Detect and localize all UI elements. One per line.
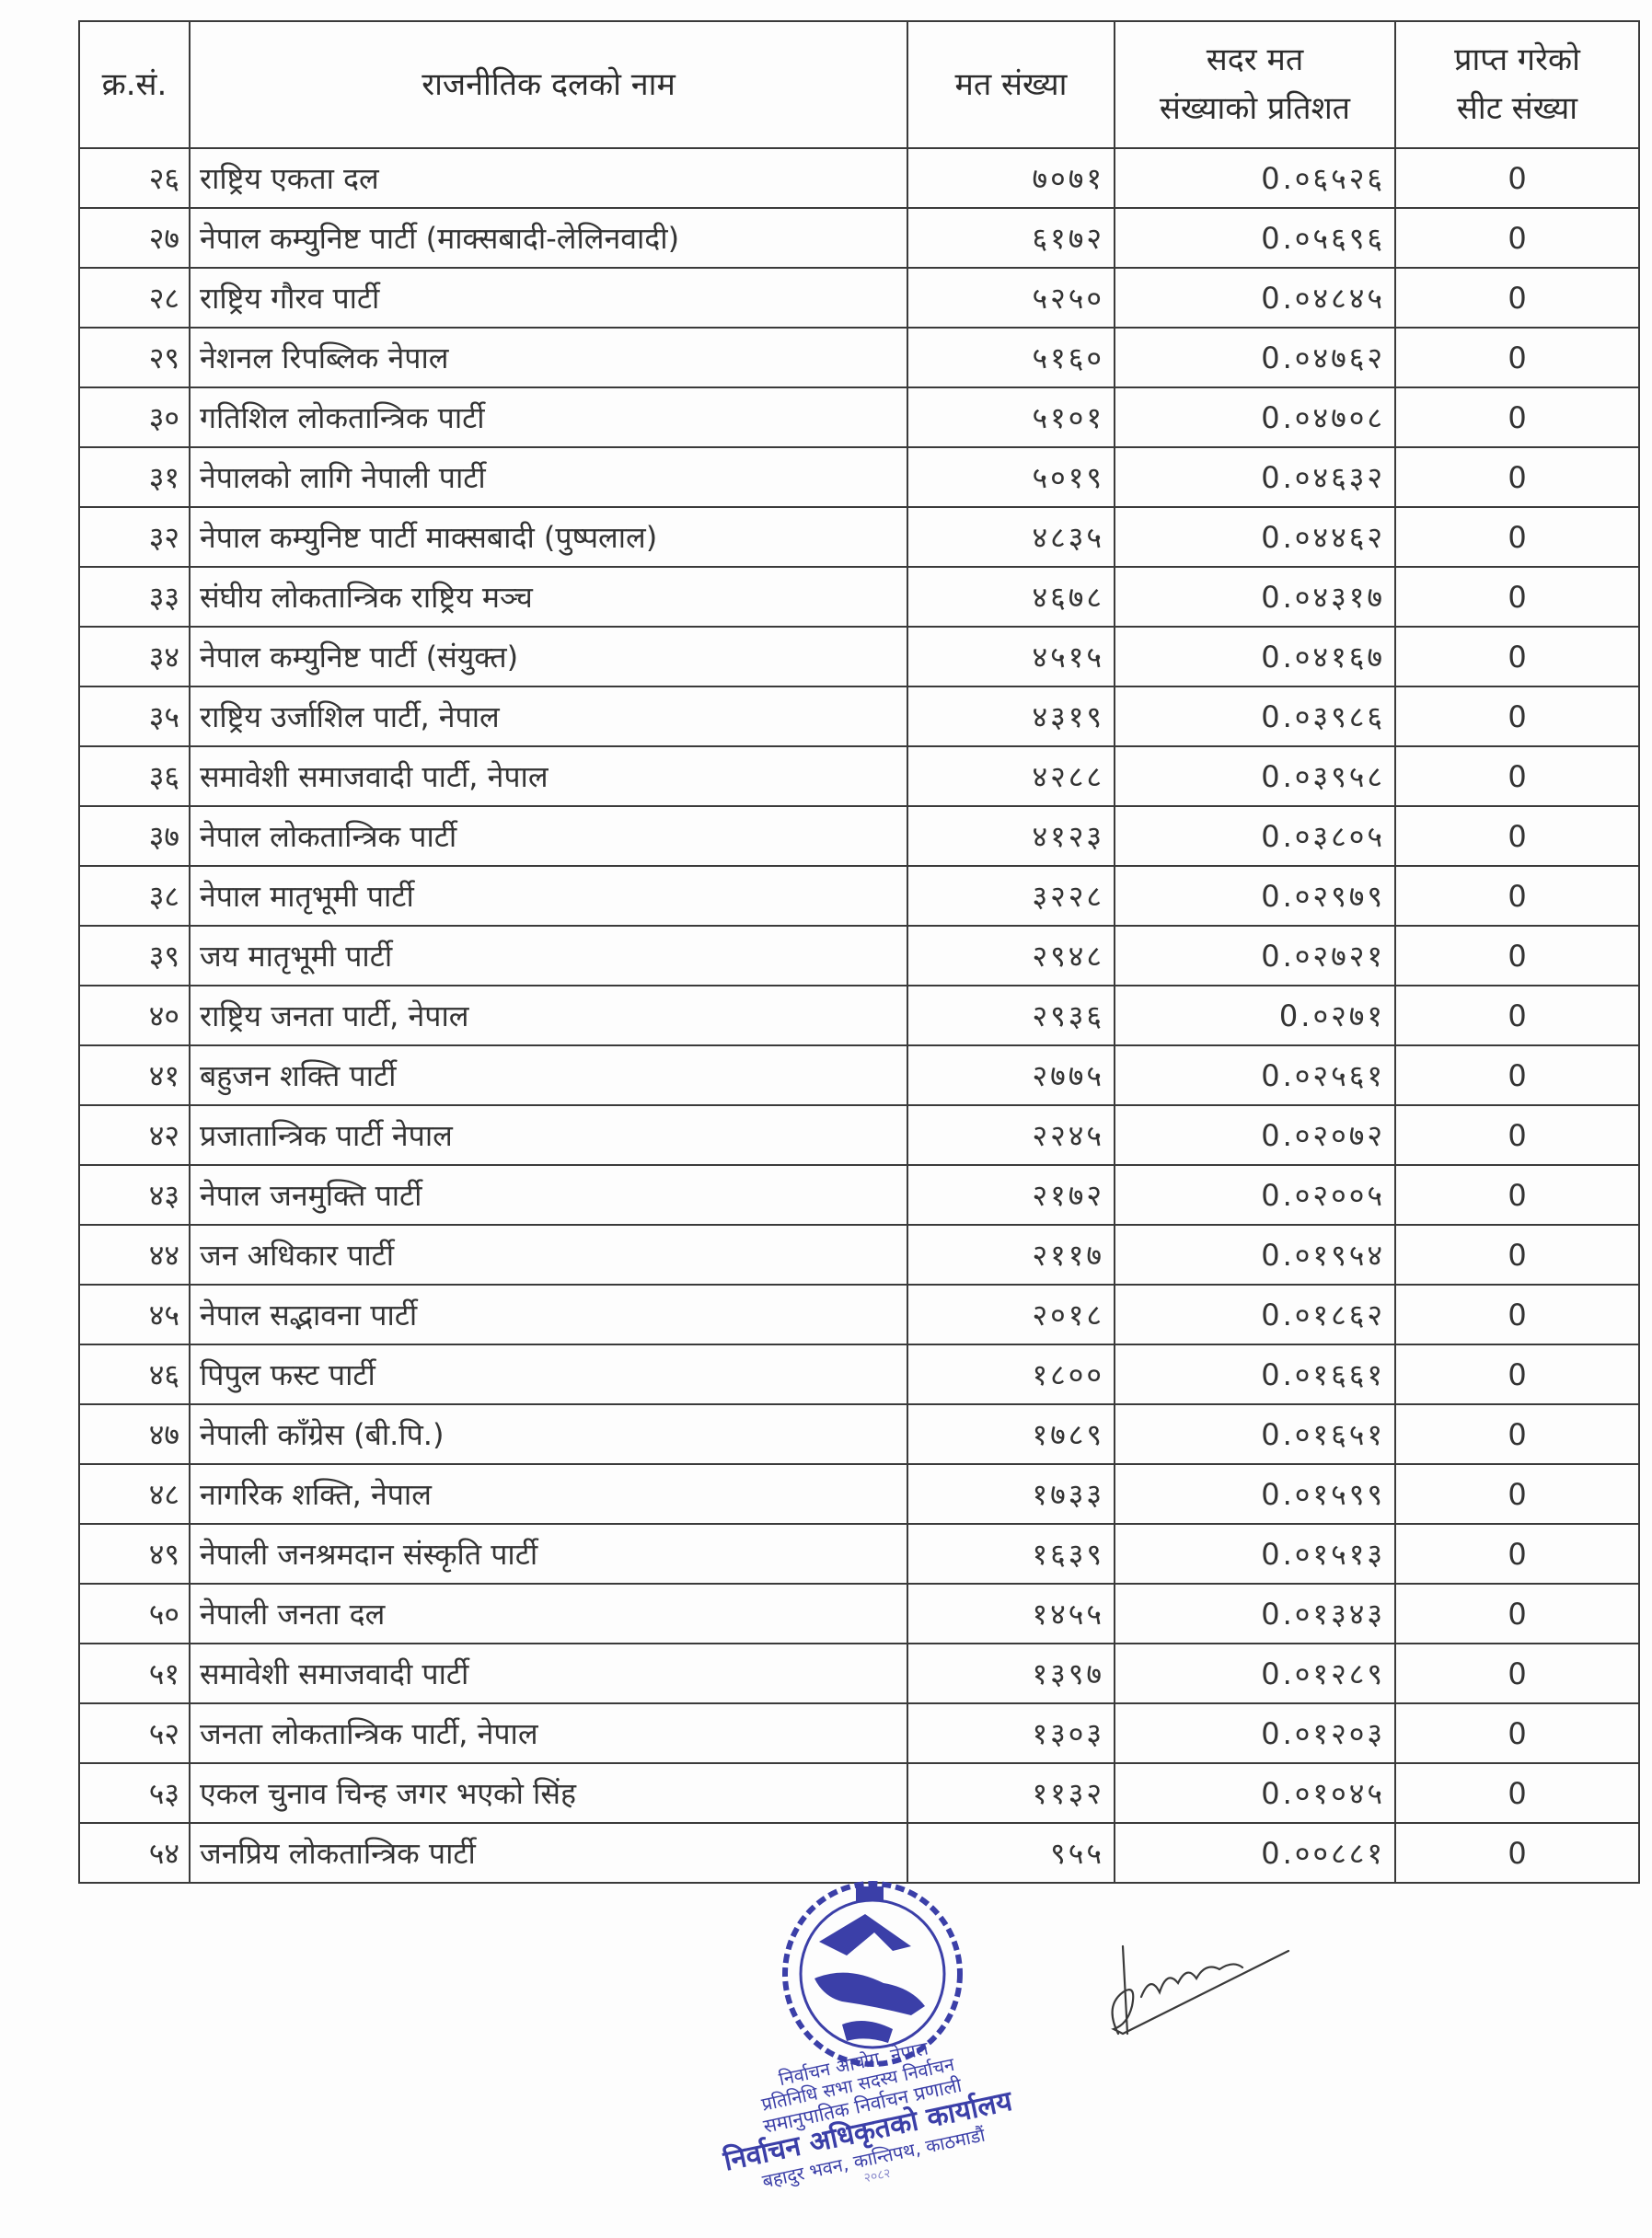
serial-number: ३८ [79,866,190,926]
vote-count: २२४५ [907,1105,1115,1165]
seats-won: 0 [1395,148,1639,208]
serial-number: ३७ [79,806,190,866]
header-serial: क्र.सं. [79,21,190,148]
vote-percent: 0.०४४६२ [1115,507,1395,567]
vote-percent: 0.०२५६१ [1115,1045,1395,1105]
table-row: ४९नेपाली जनश्रमदान संस्कृति पार्टी१६३९0.… [79,1524,1639,1584]
seats-won: 0 [1395,1105,1639,1165]
seats-won: 0 [1395,1404,1639,1464]
table-row: ३८नेपाल मातृभूमी पार्टी३२२८0.०२९७९0 [79,866,1639,926]
table-row: ४१बहुजन शक्ति पार्टी२७७५0.०२५६१0 [79,1045,1639,1105]
header-seats-line2: सीट संख्या [1405,85,1629,133]
table-row: ३२नेपाल कम्युनिष्ट पार्टी माक्सबादी (पुष… [79,507,1639,567]
party-name: राष्ट्रिय उर्जाशिल पार्टी, नेपाल [190,686,907,746]
table-row: २६राष्ट्रिय एकता दल७०७१0.०६५२६0 [79,148,1639,208]
party-name: जनता लोकतान्त्रिक पार्टी, नेपाल [190,1703,907,1763]
party-name: जनप्रिय लोकतान्त्रिक पार्टी [190,1823,907,1883]
party-name: राष्ट्रिय जनता पार्टी, नेपाल [190,986,907,1045]
table-row: ५३एकल चुनाव चिन्ह जगर भएको सिंह११३२0.०१०… [79,1763,1639,1823]
serial-number: ३१ [79,447,190,507]
vote-percent: 0.०४३१७ [1115,567,1395,627]
vote-count: ५१६० [907,328,1115,387]
vote-percent: 0.००८८१ [1115,1823,1395,1883]
seats-won: 0 [1395,1464,1639,1524]
seats-won: 0 [1395,507,1639,567]
table-row: ४२प्रजातान्त्रिक पार्टी नेपाल२२४५0.०२०७२… [79,1105,1639,1165]
vote-percent: 0.०१३४३ [1115,1584,1395,1644]
vote-count: २११७ [907,1225,1115,1285]
vote-percent: 0.०४८४५ [1115,268,1395,328]
party-name: पिपुल फस्ट पार्टी [190,1344,907,1404]
vote-count: ५०१९ [907,447,1115,507]
serial-number: ५३ [79,1763,190,1823]
vote-count: ५२५० [907,268,1115,328]
serial-number: ४० [79,986,190,1045]
serial-number: ५१ [79,1644,190,1703]
vote-percent: 0.०१८६२ [1115,1285,1395,1344]
table-row: ३७नेपाल लोकतान्त्रिक पार्टी४१२३0.०३८०५0 [79,806,1639,866]
party-results-table: क्र.सं. राजनीतिक दलको नाम मत संख्या सदर … [78,20,1640,1884]
seats-won: 0 [1395,1344,1639,1404]
serial-number: ३० [79,387,190,447]
serial-number: ५० [79,1584,190,1644]
vote-count: ६१७२ [907,208,1115,268]
party-name: नेपाल सद्भावना पार्टी [190,1285,907,1344]
party-name: नेपाल कम्युनिष्ट पार्टी (संयुक्त) [190,627,907,686]
party-name: नेपाल मातृभूमी पार्टी [190,866,907,926]
vote-count: १७३३ [907,1464,1115,1524]
handwritten-signature-icon [1095,1942,1298,2043]
serial-number: ४३ [79,1165,190,1225]
table-row: ४४जन अधिकार पार्टी२११७0.०१९५४0 [79,1225,1639,1285]
party-name: नेपाली जनता दल [190,1584,907,1644]
serial-number: ३४ [79,627,190,686]
vote-count: २९३६ [907,986,1115,1045]
seats-won: 0 [1395,866,1639,926]
table-row: ५४जनप्रिय लोकतान्त्रिक पार्टी९५५0.००८८१0 [79,1823,1639,1883]
seats-won: 0 [1395,567,1639,627]
vote-percent: 0.०२७२१ [1115,926,1395,986]
serial-number: ५२ [79,1703,190,1763]
vote-percent: 0.०३९५८ [1115,746,1395,806]
vote-count: १८०० [907,1344,1115,1404]
seats-won: 0 [1395,1165,1639,1225]
vote-count: ४३१९ [907,686,1115,746]
table-row: २९नेशनल रिपब्लिक नेपाल५१६०0.०४७६२0 [79,328,1639,387]
seats-won: 0 [1395,268,1639,328]
vote-percent: 0.०४७६२ [1115,328,1395,387]
serial-number: २६ [79,148,190,208]
seats-won: 0 [1395,1045,1639,1105]
vote-count: ४६७८ [907,567,1115,627]
table-row: ३३संघीय लोकतान्त्रिक राष्ट्रिय मञ्च४६७८0… [79,567,1639,627]
vote-count: १७८९ [907,1404,1115,1464]
seats-won: 0 [1395,328,1639,387]
vote-percent: 0.०२००५ [1115,1165,1395,1225]
table-row: ४६पिपुल फस्ट पार्टी१८००0.०१६६१0 [79,1344,1639,1404]
seats-won: 0 [1395,746,1639,806]
vote-count: १६३९ [907,1524,1115,1584]
party-name: समावेशी समाजवादी पार्टी [190,1644,907,1703]
table-row: ३९जय मातृभूमी पार्टी२९४८0.०२७२१0 [79,926,1639,986]
table-row: २८राष्ट्रिय गौरव पार्टी५२५०0.०४८४५0 [79,268,1639,328]
serial-number: ४७ [79,1404,190,1464]
vote-count: ४५१५ [907,627,1115,686]
table-row: ४८नागरिक शक्ति, नेपाल१७३३0.०१५९९0 [79,1464,1639,1524]
seats-won: 0 [1395,447,1639,507]
serial-number: ४५ [79,1285,190,1344]
party-name: नेपाल कम्युनिष्ट पार्टी (माक्सबादी-लेलिन… [190,208,907,268]
seats-won: 0 [1395,686,1639,746]
vote-percent: 0.०४१६७ [1115,627,1395,686]
vote-count: १३९७ [907,1644,1115,1703]
serial-number: ५४ [79,1823,190,1883]
serial-number: ३३ [79,567,190,627]
serial-number: ४६ [79,1344,190,1404]
vote-percent: 0.०१९५४ [1115,1225,1395,1285]
vote-count: २७७५ [907,1045,1115,1105]
serial-number: ४९ [79,1524,190,1584]
header-percent-line1: सदर मत [1125,36,1385,85]
seats-won: 0 [1395,1524,1639,1584]
table-row: ३६समावेशी समाजवादी पार्टी, नेपाल४२८८0.०३… [79,746,1639,806]
table-row: ४७नेपाली काँग्रेस (बी.पि.)१७८९0.०१६५१0 [79,1404,1639,1464]
serial-number: ४२ [79,1105,190,1165]
table-row: ३१नेपालको लागि नेपाली पार्टी५०१९0.०४६३२0 [79,447,1639,507]
vote-percent: 0.०१०४५ [1115,1763,1395,1823]
serial-number: ३६ [79,746,190,806]
vote-count: ११३२ [907,1763,1115,1823]
table-row: ५१समावेशी समाजवादी पार्टी१३९७0.०१२८९0 [79,1644,1639,1703]
seats-won: 0 [1395,1763,1639,1823]
table-header-row: क्र.सं. राजनीतिक दलको नाम मत संख्या सदर … [79,21,1639,148]
party-name: राष्ट्रिय गौरव पार्टी [190,268,907,328]
election-results-page: क्र.सं. राजनीतिक दलको नाम मत संख्या सदर … [0,0,1652,2238]
serial-number: ३२ [79,507,190,567]
party-name: संघीय लोकतान्त्रिक राष्ट्रिय मञ्च [190,567,907,627]
vote-count: ३२२८ [907,866,1115,926]
header-percent-line2: संख्याको प्रतिशत [1125,85,1385,133]
vote-percent: 0.०१५१३ [1115,1524,1395,1584]
serial-number: २७ [79,208,190,268]
party-name: नेपालको लागि नेपाली पार्टी [190,447,907,507]
vote-count: ४८३५ [907,507,1115,567]
header-percent: सदर मत संख्याको प्रतिशत [1115,21,1395,148]
vote-percent: 0.०१२०३ [1115,1703,1395,1763]
seats-won: 0 [1395,926,1639,986]
vote-count: २९४८ [907,926,1115,986]
party-name: जय मातृभूमी पार्टी [190,926,907,986]
party-name: प्रजातान्त्रिक पार्टी नेपाल [190,1105,907,1165]
party-name: जन अधिकार पार्टी [190,1225,907,1285]
vote-count: २०१८ [907,1285,1115,1344]
vote-percent: 0.०५६९६ [1115,208,1395,268]
vote-count: ७०७१ [907,148,1115,208]
party-name: एकल चुनाव चिन्ह जगर भएको सिंह [190,1763,907,1823]
table-row: ३०गतिशिल लोकतान्त्रिक पार्टी५१०१0.०४७०८0 [79,387,1639,447]
header-seats: प्राप्त गरेको सीट संख्या [1395,21,1639,148]
serial-number: ४१ [79,1045,190,1105]
party-name: नेपाली काँग्रेस (बी.पि.) [190,1404,907,1464]
vote-count: १३०३ [907,1703,1115,1763]
header-votes: मत संख्या [907,21,1115,148]
party-name: राष्ट्रिय एकता दल [190,148,907,208]
vote-percent: 0.०१६५१ [1115,1404,1395,1464]
table-row: ५०नेपाली जनता दल१४५५0.०१३४३0 [79,1584,1639,1644]
vote-percent: 0.०३९८६ [1115,686,1395,746]
serial-number: ४८ [79,1464,190,1524]
seats-won: 0 [1395,208,1639,268]
party-name: नेपाल कम्युनिष्ट पार्टी माक्सबादी (पुष्प… [190,507,907,567]
table-row: ३४नेपाल कम्युनिष्ट पार्टी (संयुक्त)४५१५0… [79,627,1639,686]
vote-percent: 0.०१६६१ [1115,1344,1395,1404]
vote-count: ५१०१ [907,387,1115,447]
vote-percent: 0.०६५२६ [1115,148,1395,208]
seats-won: 0 [1395,1703,1639,1763]
vote-percent: 0.०२९७९ [1115,866,1395,926]
seats-won: 0 [1395,1285,1639,1344]
vote-percent: 0.०१२८९ [1115,1644,1395,1703]
table-row: ४५नेपाल सद्भावना पार्टी२०१८0.०१८६२0 [79,1285,1639,1344]
seats-won: 0 [1395,986,1639,1045]
seats-won: 0 [1395,1644,1639,1703]
party-name: नागरिक शक्ति, नेपाल [190,1464,907,1524]
party-name: नेपाली जनश्रमदान संस्कृति पार्टी [190,1524,907,1584]
table-body: २६राष्ट्रिय एकता दल७०७१0.०६५२६0२७नेपाल क… [79,148,1639,1883]
table-row: ४३नेपाल जनमुक्ति पार्टी२१७२0.०२००५0 [79,1165,1639,1225]
party-name: नेशनल रिपब्लिक नेपाल [190,328,907,387]
table-row: ३५राष्ट्रिय उर्जाशिल पार्टी, नेपाल४३१९0.… [79,686,1639,746]
table-row: ५२जनता लोकतान्त्रिक पार्टी, नेपाल१३०३0.०… [79,1703,1639,1763]
vote-percent: 0.०४६३२ [1115,447,1395,507]
seats-won: 0 [1395,1584,1639,1644]
vote-percent: 0.०२०७२ [1115,1105,1395,1165]
seats-won: 0 [1395,1225,1639,1285]
serial-number: २८ [79,268,190,328]
header-party-name: राजनीतिक दलको नाम [190,21,907,148]
serial-number: ३९ [79,926,190,986]
vote-count: ९५५ [907,1823,1115,1883]
vote-percent: 0.०१५९९ [1115,1464,1395,1524]
serial-number: ३५ [79,686,190,746]
seats-won: 0 [1395,1823,1639,1883]
party-name: बहुजन शक्ति पार्टी [190,1045,907,1105]
vote-count: ४२८८ [907,746,1115,806]
party-name: नेपाल लोकतान्त्रिक पार्टी [190,806,907,866]
vote-percent: 0.०३८०५ [1115,806,1395,866]
seats-won: 0 [1395,627,1639,686]
party-name: गतिशिल लोकतान्त्रिक पार्टी [190,387,907,447]
vote-count: ४१२३ [907,806,1115,866]
vote-count: १४५५ [907,1584,1115,1644]
seats-won: 0 [1395,387,1639,447]
vote-percent: 0.०२७१ [1115,986,1395,1045]
header-seats-line1: प्राप्त गरेको [1405,36,1629,85]
table-row: ४०राष्ट्रिय जनता पार्टी, नेपाल२९३६0.०२७१… [79,986,1639,1045]
serial-number: २९ [79,328,190,387]
party-name: समावेशी समाजवादी पार्टी, नेपाल [190,746,907,806]
table-row: २७नेपाल कम्युनिष्ट पार्टी (माक्सबादी-लेल… [79,208,1639,268]
serial-number: ४४ [79,1225,190,1285]
party-name: नेपाल जनमुक्ति पार्टी [190,1165,907,1225]
vote-percent: 0.०४७०८ [1115,387,1395,447]
vote-count: २१७२ [907,1165,1115,1225]
seats-won: 0 [1395,806,1639,866]
